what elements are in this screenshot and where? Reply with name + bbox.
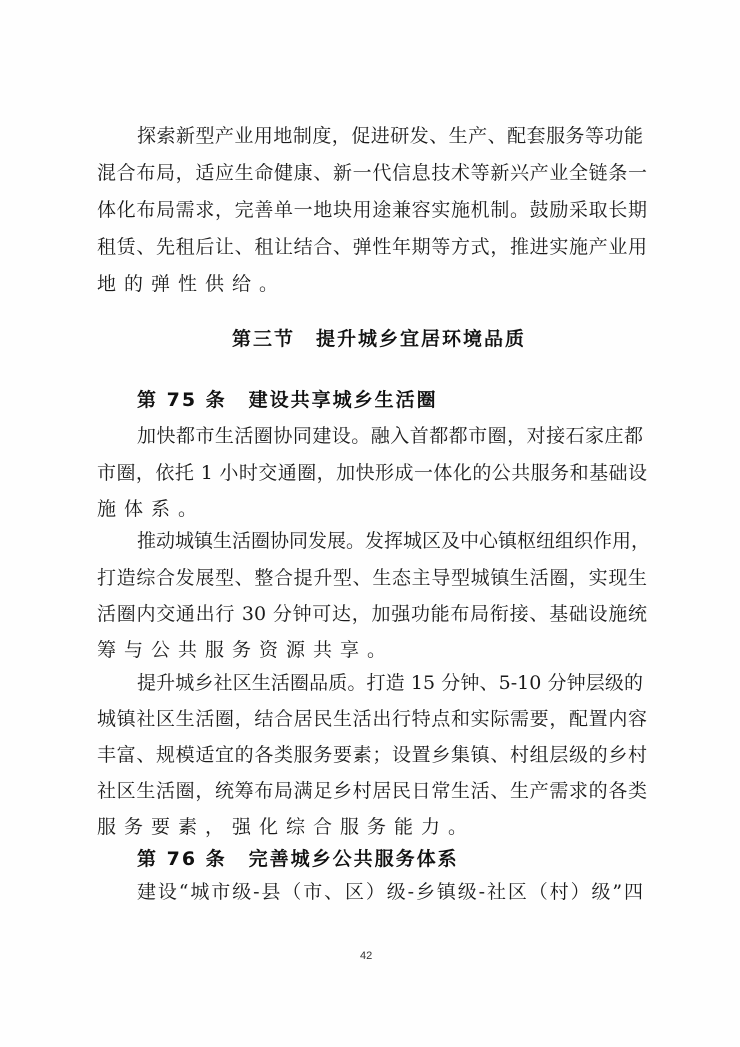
- paragraph-line: 混合布局，适应生命健康、新一代信息技术等新兴产业全链条一: [97, 161, 647, 185]
- article-heading-75: 第 75 条建设共享城乡生活圈: [137, 388, 438, 412]
- section-title: 第三节 提升城乡宜居环境品质: [232, 327, 526, 351]
- article-number: 第 75 条: [137, 389, 227, 411]
- paragraph-line: 建设“城市级-县（市、区）级-乡镇级-社区（村）级”四: [137, 880, 643, 904]
- paragraph-line: 活圈内交通出行 30 分钟可达，加强功能布局衔接、基础设施统: [97, 602, 647, 626]
- article-title: 建设共享城乡生活圈: [249, 389, 438, 411]
- paragraph-line: 体化布局需求，完善单一地块用途兼容实施机制。鼓励采取长期: [97, 198, 647, 222]
- paragraph-line: 地的弹性供给。: [97, 272, 647, 296]
- article-heading-76: 第 76 条完善城乡公共服务体系: [137, 847, 459, 871]
- paragraph-line: 提升城乡社区生活圈品质。打造 15 分钟、5-10 分钟层级的: [137, 671, 643, 695]
- paragraph-line: 打造综合发展型、整合提升型、生态主导型城镇生活圈，实现生: [97, 566, 647, 590]
- paragraph-line: 丰富、规模适宜的各类服务要素；设置乡集镇、村组层级的乡村: [97, 743, 647, 767]
- paragraph-line: 社区生活圈，统筹布局满足乡村居民日常生活、生产需求的各类: [97, 779, 647, 803]
- paragraph-line: 租赁、先租后让、租让结合、弹性年期等方式，推进实施产业用: [97, 235, 647, 259]
- paragraph-line: 施体系。: [97, 497, 647, 521]
- paragraph-line: 市圈，依托 1 小时交通圈，加快形成一体化的公共服务和基础设: [97, 461, 647, 485]
- paragraph-line: 城镇社区生活圈，结合居民生活出行特点和实际需要，配置内容: [97, 707, 647, 731]
- paragraph-line: 筹与公共服务资源共享。: [97, 638, 647, 662]
- paragraph-line: 加快都市生活圈协同建设。融入首都都市圈，对接石家庄都: [137, 424, 643, 448]
- article-number: 第 76 条: [137, 848, 227, 870]
- page-number: 42: [360, 950, 372, 962]
- document-page: 探索新型产业用地制度，促进研发、生产、配套服务等功能 混合布局，适应生命健康、新…: [0, 0, 740, 1047]
- article-title: 完善城乡公共服务体系: [249, 848, 459, 870]
- paragraph-line: 服务要素，强化综合服务能力。: [97, 815, 647, 839]
- paragraph-line: 探索新型产业用地制度，促进研发、生产、配套服务等功能: [137, 124, 643, 148]
- paragraph-line: 推动城镇生活圈协同发展。发挥城区及中心镇枢纽组织作用，: [137, 529, 647, 553]
